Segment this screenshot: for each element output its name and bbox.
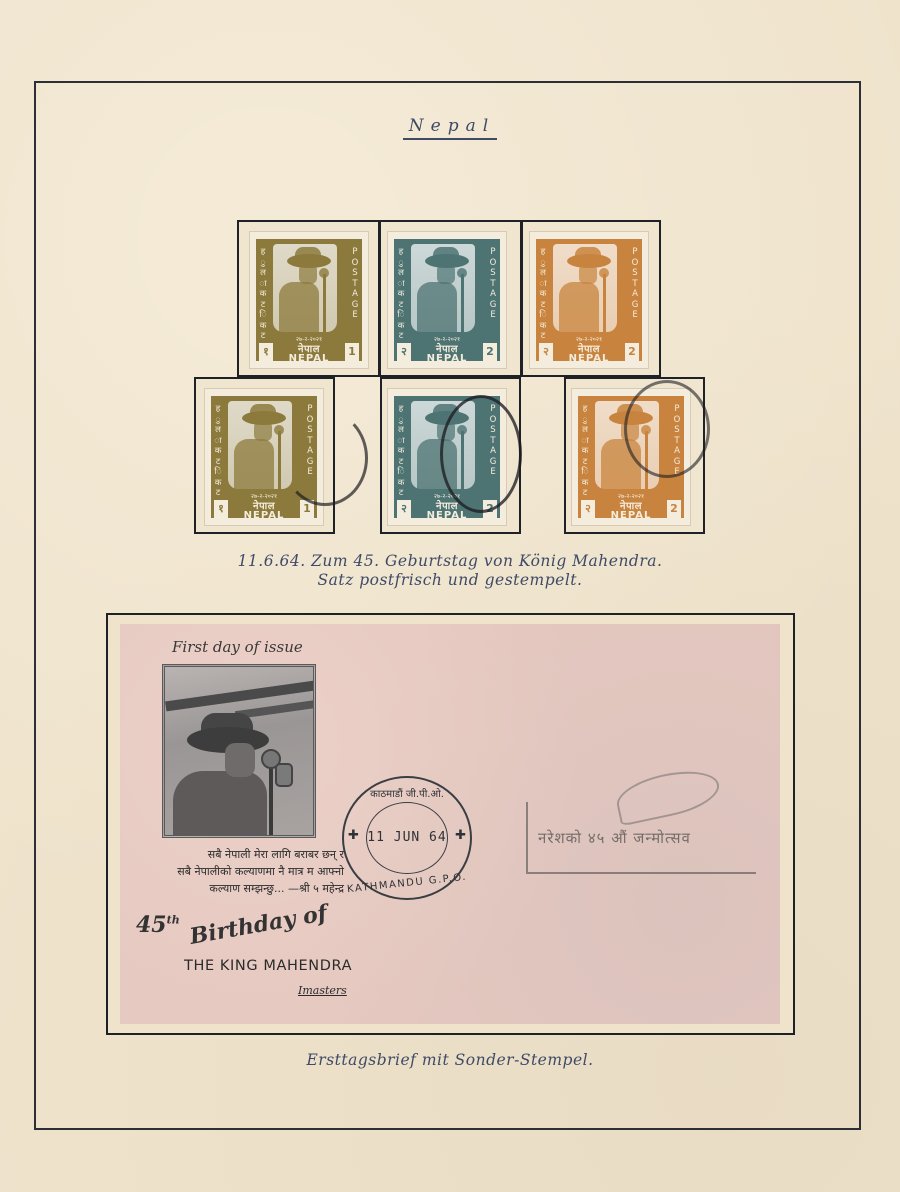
stamp-mint-2: हुलाकटिकटPOSTAGE२७-२-२०२१२नेपालNEPAL2	[388, 232, 506, 368]
king-portrait	[595, 401, 659, 489]
stamp-side-text-postage: POSTAGE	[630, 247, 640, 321]
king-portrait	[228, 401, 292, 489]
postmark-top-text: काठमाडौं जी.पी.ओ.	[344, 786, 470, 800]
king-portrait	[273, 244, 337, 332]
king-name: THE KING MAHENDRA	[184, 958, 352, 974]
stamp-value-devanagari: १	[214, 500, 228, 518]
kathmandu-postmark: काठमाडौं जी.पी.ओ. ✚ 11 JUN 64 ✚ KATHMAND…	[342, 776, 472, 900]
stamp-value: 2	[483, 500, 497, 518]
quote-line-2: सबै नेपालीको कल्याणमा नै मात्र म आफ्नो	[134, 863, 344, 880]
set-caption: 11.6.64. Zum 45. Geburtstag von König Ma…	[0, 552, 900, 590]
set-caption-line-2: Satz postfrisch und gestempelt.	[0, 571, 900, 590]
first-day-cover: First day of issue सबै नेपाली मेरा लागि …	[120, 624, 780, 1024]
king-portrait	[411, 401, 475, 489]
stamp-used-1: हुलाकटिकटPOSTAGE२७-२-२०२११नेपालNEPAL1	[205, 389, 323, 525]
stamp-country-english: NEPAL	[412, 510, 482, 521]
king-photo	[162, 664, 316, 838]
stamp-side-text-devanagari: हुलाकटिकट	[258, 247, 268, 342]
stamp-value: 2	[625, 343, 639, 361]
devanagari-quote: सबै नेपाली मेरा लागि बराबर छन् र सबै नेप…	[134, 846, 344, 897]
king-portrait	[553, 244, 617, 332]
stamp-country-english: NEPAL	[596, 510, 666, 521]
stamp-mint-1: हुलाकटिकटPOSTAGE२७-२-२०२११नेपालNEPAL1	[250, 232, 368, 368]
designer-signature: Imasters	[298, 984, 347, 997]
quote-line-1: सबै नेपाली मेरा लागि बराबर छन् र	[134, 846, 344, 863]
special-cancel: नरेशको ४५ औं जन्मोत्सव	[526, 802, 756, 874]
birthday-title: 45th Birthday of	[136, 912, 328, 938]
stamp-value: 2	[483, 343, 497, 361]
cover-heading: First day of issue	[172, 638, 303, 656]
stamp-value-devanagari: २	[581, 500, 595, 518]
stamp-side-text-postage: POSTAGE	[350, 247, 360, 321]
stamp-country-english: NEPAL	[229, 510, 299, 521]
quote-line-3: कल्याण सम्झन्छु... —श्री ५ महेन्द्र	[134, 880, 344, 897]
stamp-country-english: NEPAL	[412, 353, 482, 364]
stamp-value-devanagari: २	[397, 500, 411, 518]
stamp-country-english: NEPAL	[274, 353, 344, 364]
postmark-date: 11 JUN 64	[344, 830, 470, 845]
stamp-side-text-postage: POSTAGE	[488, 247, 498, 321]
stamp-side-text-devanagari: हुलाकटिकट	[580, 404, 590, 499]
country-heading: Nepal	[0, 116, 900, 136]
cover-caption: Ersttagsbrief mit Sonder-Stempel.	[0, 1051, 900, 1069]
birthday-text: Birthday of	[188, 900, 329, 950]
stamp-side-text-devanagari: हुलाकटिकट	[213, 404, 223, 499]
stamp-used-3: हुलाकटिकटPOSTAGE२७-२-२०२१२नेपालNEPAL2	[572, 389, 690, 525]
stamp-value: 1	[345, 343, 359, 361]
stamp-mint-3: हुलाकटिकटPOSTAGE२७-२-२०२१२नेपालNEPAL2	[530, 232, 648, 368]
postmark-bottom-text: KATHMANDU G.P.O.	[344, 871, 470, 895]
set-caption-line-1: 11.6.64. Zum 45. Geburtstag von König Ma…	[0, 552, 900, 571]
stamp-side-text-devanagari: हुलाकटिकट	[396, 247, 406, 342]
stamp-value-devanagari: २	[539, 343, 553, 361]
postmark-cross-icon: ✚	[455, 828, 466, 843]
stamp-value: 2	[667, 500, 681, 518]
stamp-value-devanagari: १	[259, 343, 273, 361]
stamp-used-2: हुलाकटिकटPOSTAGE२७-२-२०२१२नेपालNEPAL2	[388, 389, 506, 525]
stamp-country-english: NEPAL	[554, 353, 624, 364]
birthday-suffix: th	[167, 914, 180, 927]
stamp-value: 1	[300, 500, 314, 518]
stamp-side-text-postage: POSTAGE	[305, 404, 315, 478]
stamp-side-text-devanagari: हुलाकटिकट	[538, 247, 548, 342]
king-portrait	[411, 244, 475, 332]
birthday-number: 45	[136, 912, 167, 938]
stamp-side-text-devanagari: हुलाकटिकट	[396, 404, 406, 499]
stamp-side-text-postage: POSTAGE	[488, 404, 498, 478]
special-cancel-text: नरेशको ४५ औं जन्मोत्सव	[538, 828, 691, 848]
stamp-value-devanagari: २	[397, 343, 411, 361]
stamp-side-text-postage: POSTAGE	[672, 404, 682, 478]
country-heading-text: Nepal	[403, 116, 497, 140]
